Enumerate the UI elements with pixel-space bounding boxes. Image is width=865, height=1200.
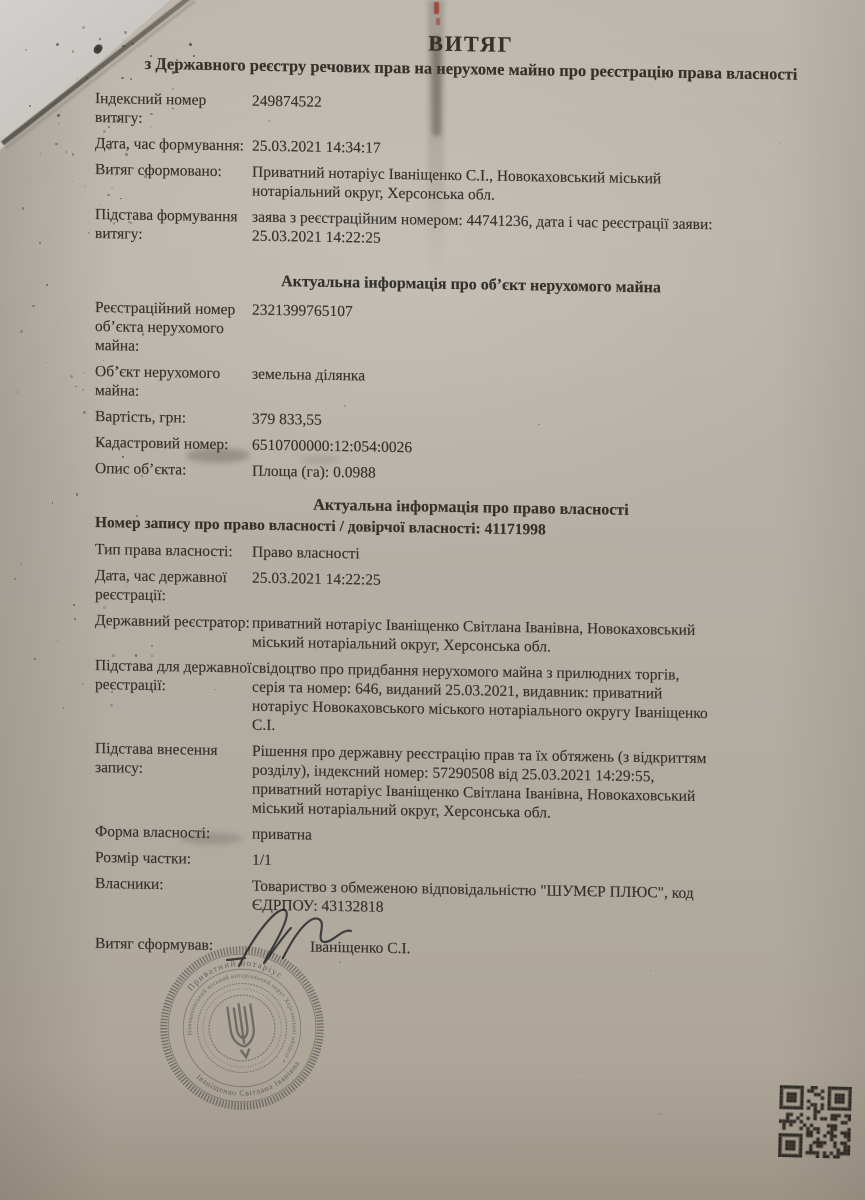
field-value: 6510700000:12:054:0026 [252,436,847,465]
field-label: Форма власності: [95,822,252,844]
field-value: Приватний нотаріус Іваніщенко С.І., Ново… [252,163,847,211]
field-row: Опис об’єкта: Площа (га): 0.0988 [95,459,847,490]
field-row: Підстава формування витягу: заява з реєс… [95,205,847,255]
notary-signature [225,898,365,983]
field-value: 1/1 [252,851,847,880]
field-row: Підстава внесення запису: Рішення про де… [95,739,847,827]
field-value: Площа (га): 0.0988 [252,462,847,491]
field-value: приватна [252,825,847,854]
field-label: Опис об’єкта: [95,459,252,481]
field-value: 2321399765107 [252,301,847,368]
field-row: Індексний номер витягу: 249874522 [95,89,847,139]
document-body: ВИТЯГ з Державного реєстру речових прав … [95,24,847,965]
field-row: Тип права власності: Право власності [95,540,847,571]
field-value: 25.03.2021 14:22:25 [252,569,847,617]
field-label: Державний реєстратор: [95,611,252,652]
document-photo: ВИТЯГ з Державного реєстру речових прав … [0,0,865,1200]
field-value: Право власності [252,543,847,572]
field-row: Розмір частки: 1/1 [95,848,847,879]
field-label: Підстава для державної реєстрації: [95,656,252,735]
qr-code [778,1085,852,1159]
field-label: Підстава внесення запису: [95,739,252,818]
field-row: Державний реєстратор: приватний нотаріус… [95,611,847,661]
field-label: Дата, час державної реєстрації: [95,566,252,607]
field-label: Реєстраційний номер об’єкта нерухомого м… [95,298,252,358]
svg-text:Іваніщенко Світлана Іванівна: Іваніщенко Світлана Іванівна [194,1058,305,1104]
field-value: Рішення про державну реєстрацію прав та … [252,742,847,828]
field-row: Кадастровий номер: 6510700000:12:054:002… [95,433,847,464]
field-label: Індексний номер витягу: [95,89,252,130]
field-label: Дата, час формування: [95,134,252,156]
field-value: приватний нотаріус Іваніщенко Світлана І… [252,614,847,662]
field-row: Реєстраційний номер об’єкта нерухомого м… [95,298,847,367]
field-row: Витяг сформовано: Приватний нотаріус Іва… [95,160,847,210]
tryzub-emblem [227,1002,257,1059]
field-row: Дата, час державної реєстрації: 25.03.20… [95,566,847,616]
page-subtitle: з Державного реєстру речових прав на нер… [95,53,847,85]
field-label: Вартість, грн: [95,407,252,429]
field-row: Підстава для державної реєстрації: свідо… [95,656,847,744]
field-row: Форма власності: приватна [95,822,847,853]
field-label: Розмір частки: [95,848,252,870]
field-row: Дата, час формування: 25.03.2021 14:34:1… [95,134,847,165]
field-value: 249874522 [252,92,847,140]
red-ink-mark-small [436,18,440,25]
field-value: заява з реєстраційним номером: 44741236,… [252,208,847,256]
field-value: 25.03.2021 14:34:17 [252,137,847,166]
stamp-outer-bottom-text: Іваніщенко Світлана Іванівна [194,1058,305,1104]
field-label: Об’єкт нерухомого майна: [95,362,252,403]
field-value: 379 833,55 [252,410,847,439]
field-value: свідоцтво про придбання нерухомого майна… [252,659,847,745]
field-label: Підстава формування витягу: [95,205,252,246]
field-row: Об’єкт нерухомого майна: земельна ділянк… [95,362,847,412]
field-label: Витяг сформовано: [95,160,252,201]
field-row: Власники: Товариство з обмеженою відпові… [95,874,847,924]
red-ink-mark [434,2,439,14]
field-label: Кадастровий номер: [95,433,252,455]
formed-by-value: Іваніщенко С.І. [310,938,847,966]
field-row: Вартість, грн: 379 833,55 [95,407,847,438]
section-header-object: Актуальна інформація про об’єкт нерухомо… [95,269,847,300]
field-label: Тип права власності: [95,540,252,562]
field-value: земельна ділянка [252,365,847,413]
